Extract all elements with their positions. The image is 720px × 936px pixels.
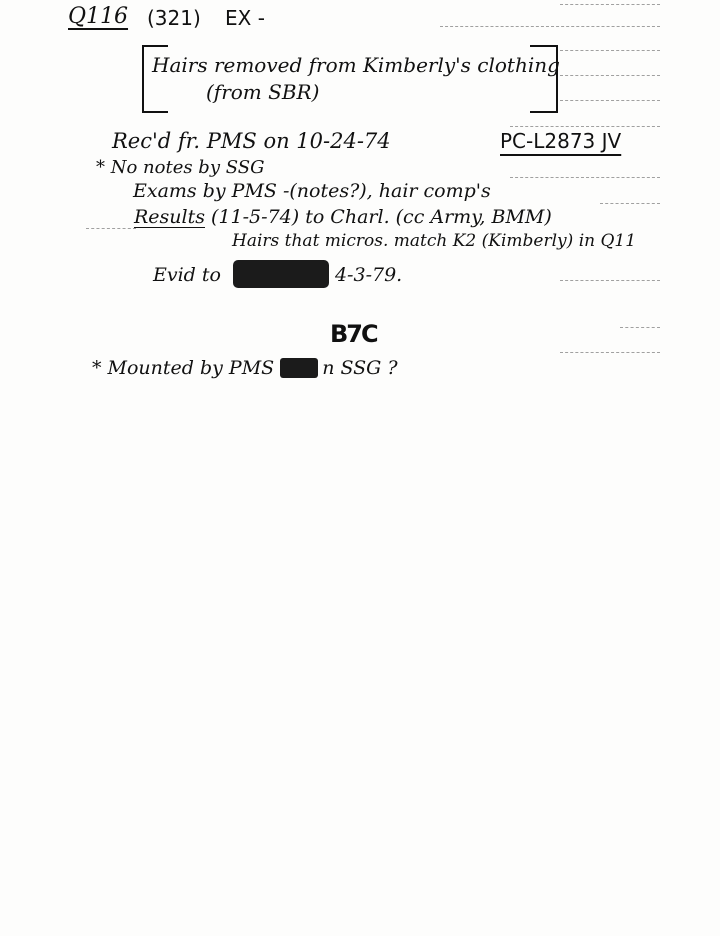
- mounted-prefix: * Mounted by PMS: [92, 357, 274, 379]
- ruled-line: [560, 280, 660, 281]
- ruled-line: [510, 177, 660, 178]
- redaction-block: [233, 260, 329, 288]
- results-label: Results: [134, 206, 205, 228]
- note-results: Results (11-5-74) to Charl. (cc Army, BM…: [134, 208, 552, 227]
- mounted-suffix: n SSG ?: [322, 357, 397, 379]
- item-id: Q116: [68, 6, 128, 28]
- note-no-notes: * No notes by SSG: [96, 159, 264, 177]
- item-number: (321): [147, 8, 201, 28]
- lab-number: PC-L2873 JV: [500, 131, 621, 151]
- evidence-date: 4-3-79.: [335, 264, 402, 286]
- ruled-line: [510, 126, 660, 127]
- ruled-line: [560, 75, 660, 76]
- results-text: (11-5-74) to Charl. (cc Army, BMM): [211, 206, 552, 228]
- ruled-line: [600, 203, 660, 204]
- description-line-1: Hairs removed from Kimberly's clothing: [152, 55, 560, 75]
- description-line-2: (from SBR): [206, 82, 319, 102]
- ruled-line: [86, 228, 136, 229]
- redaction-block: [280, 358, 318, 378]
- note-evidence-transfer: Evid to4-3-79.: [153, 260, 402, 288]
- redaction-code: B7C: [330, 322, 377, 346]
- received-line: Rec'd fr. PMS on 10-24-74: [112, 131, 391, 152]
- ruled-line: [560, 50, 660, 51]
- evidence-prefix: Evid to: [153, 264, 221, 286]
- note-exams: Exams by PMS -(notes?), hair comp's: [133, 182, 491, 201]
- note-mounted: * Mounted by PMSn SSG ?: [92, 358, 398, 378]
- ruled-line: [560, 352, 660, 353]
- ruled-line: [440, 26, 660, 27]
- ruled-line: [620, 327, 660, 328]
- ruled-line: [560, 100, 660, 101]
- item-suffix: EX -: [225, 8, 265, 28]
- ruled-line: [560, 4, 660, 5]
- note-hair-match: Hairs that micros. match K2 (Kimberly) i…: [232, 233, 636, 250]
- document-page: Q116 (321) EX - Hairs removed from Kimbe…: [0, 0, 720, 936]
